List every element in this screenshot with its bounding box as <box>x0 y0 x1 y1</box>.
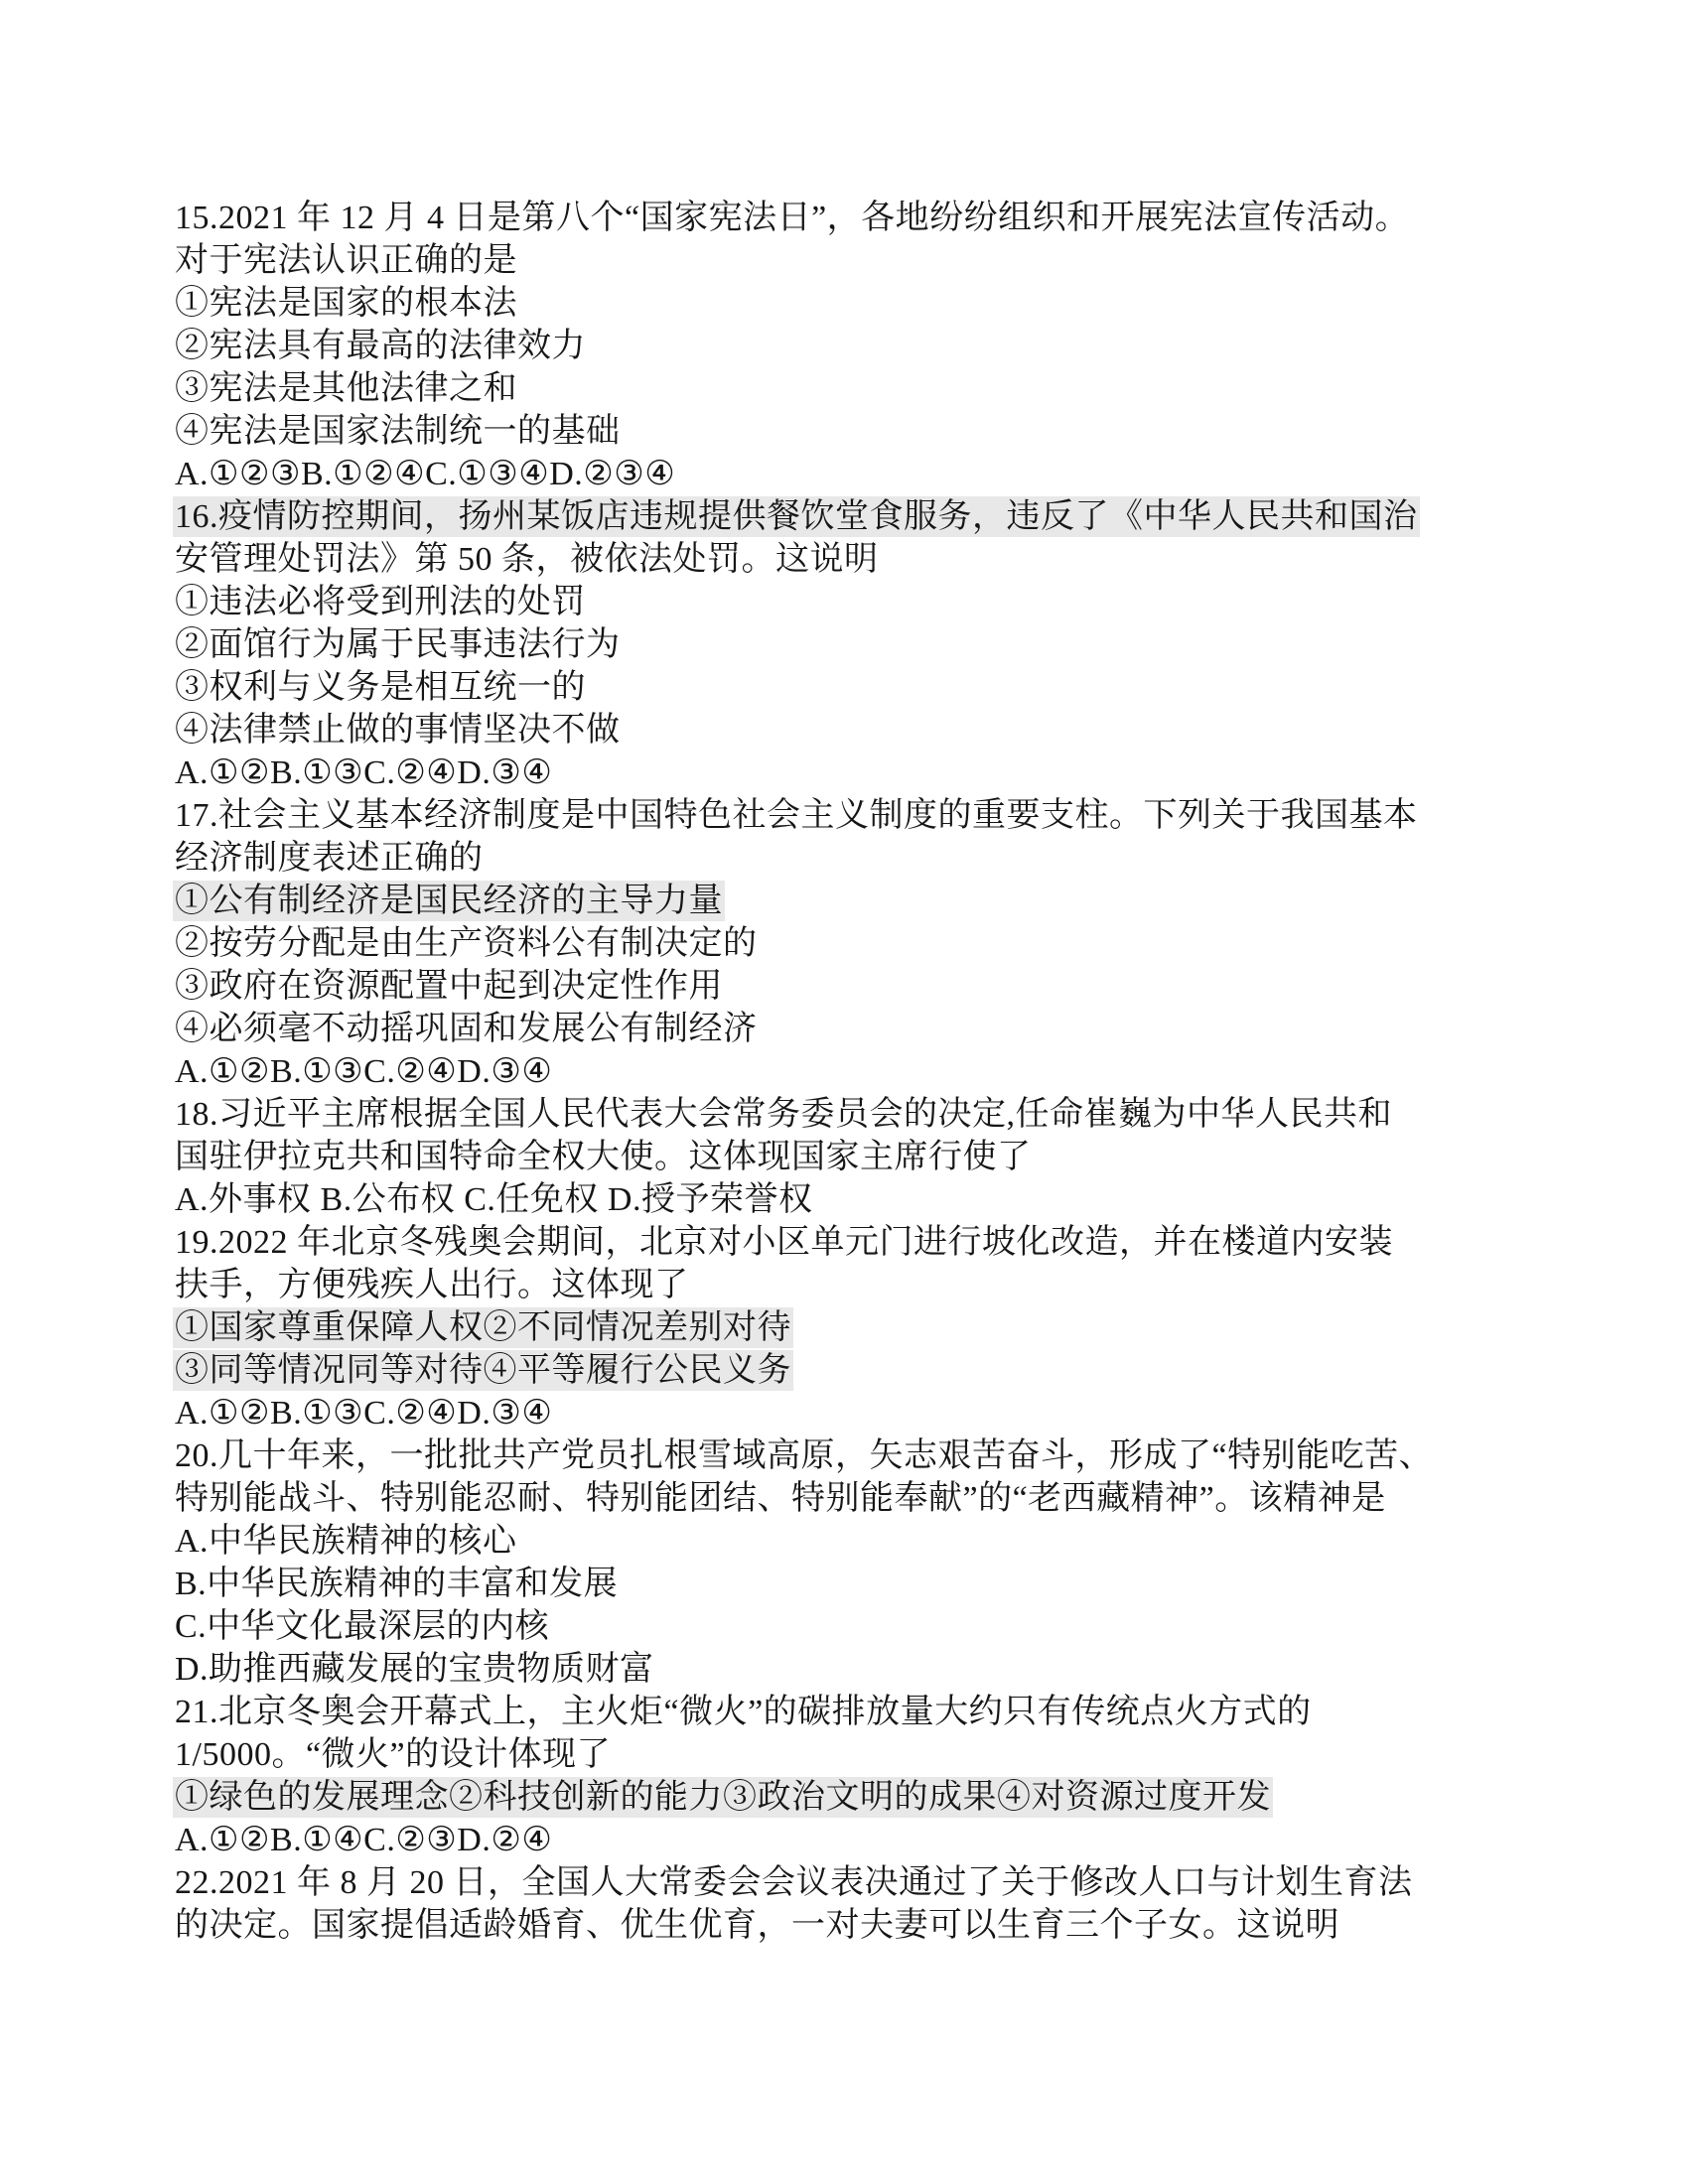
question-line: 17.社会主义基本经济制度是中国特色社会主义制度的重要支柱。下列关于我国基本 <box>175 794 1466 837</box>
line-text: 国驻伊拉克共和国特命全权大使。这体现国家主席行使了 <box>175 1139 1032 1175</box>
question-line: ①绿色的发展理念②科技创新的能力③政治文明的成果④对资源过度开发 <box>175 1776 1466 1819</box>
question-line: ③权利与义务是相互统一的 <box>175 666 1466 709</box>
highlighted-line-text: ③同等情况同等对待④平等履行公民义务 <box>175 1352 791 1389</box>
question-line: ④必须毫不动摇巩固和发展公有制经济 <box>175 1008 1466 1050</box>
line-text: 18.习近平主席根据全国人民代表大会常务委员会的决定,任命崔巍为中华人民共和 <box>175 1096 1392 1133</box>
question-line: 20.几十年来，一批批共产党员扎根雪域高原，矢志艰苦奋斗，形成了“特别能吃苦、 <box>175 1434 1466 1477</box>
question-block-18: 18.习近平主席根据全国人民代表大会常务委员会的决定,任命崔巍为中华人民共和国驻… <box>175 1093 1466 1221</box>
question-line: 国驻伊拉克共和国特命全权大使。这体现国家主席行使了 <box>175 1136 1466 1178</box>
question-line: 21.北京冬奥会开幕式上，主火炬“微火”的碳排放量大约只有传统点火方式的 <box>175 1691 1466 1733</box>
question-line: A.①②B.①④C.②③D.②④ <box>175 1819 1466 1861</box>
question-line: ①国家尊重保障人权②不同情况差别对待 <box>175 1306 1466 1349</box>
line-text: 特别能战斗、特别能忍耐、特别能团结、特别能奉献”的“老西藏精神”。该精神是 <box>175 1480 1386 1517</box>
question-line: A.①②B.①③C.②④D.③④ <box>175 1050 1466 1093</box>
line-text: 1/5000。“微火”的设计体现了 <box>175 1736 611 1773</box>
question-line: 19.2022 年北京冬残奥会期间，北京对小区单元门进行坡化改造，并在楼道内安装 <box>175 1221 1466 1264</box>
question-line: ②面馆行为属于民事违法行为 <box>175 623 1466 666</box>
question-line: ④法律禁止做的事情坚决不做 <box>175 709 1466 751</box>
line-text: 15.2021 年 12 月 4 日是第八个“国家宪法日”，各地纷纷组织和开展宪… <box>175 200 1409 236</box>
line-text: 对于宪法认识正确的是 <box>175 242 517 279</box>
question-block-19: 19.2022 年北京冬残奥会期间，北京对小区单元门进行坡化改造，并在楼道内安装… <box>175 1221 1466 1434</box>
line-text: D.助推西藏发展的宝贵物质财富 <box>175 1651 654 1688</box>
question-block-20: 20.几十年来，一批批共产党员扎根雪域高原，矢志艰苦奋斗，形成了“特别能吃苦、特… <box>175 1434 1466 1691</box>
question-line: 1/5000。“微火”的设计体现了 <box>175 1733 1466 1776</box>
highlighted-line-text: ①公有制经济是国民经济的主导力量 <box>175 883 723 919</box>
line-text: ④宪法是国家法制统一的基础 <box>175 413 621 450</box>
question-line: 对于宪法认识正确的是 <box>175 239 1466 282</box>
question-line: 18.习近平主席根据全国人民代表大会常务委员会的决定,任命崔巍为中华人民共和 <box>175 1093 1466 1136</box>
line-text: ①违法必将受到刑法的处罚 <box>175 584 586 620</box>
line-text: ③权利与义务是相互统一的 <box>175 669 586 706</box>
line-text: ②宪法具有最高的法律效力 <box>175 328 586 364</box>
highlighted-line-text: ①国家尊重保障人权②不同情况差别对待 <box>175 1309 791 1346</box>
line-text: A.①②B.①③C.②④D.③④ <box>175 1053 552 1090</box>
line-text: 21.北京冬奥会开幕式上，主火炬“微火”的碳排放量大约只有传统点火方式的 <box>175 1694 1312 1730</box>
line-text: A.外事权 B.公布权 C.任免权 D.授予荣誉权 <box>175 1181 812 1218</box>
line-text: 20.几十年来，一批批共产党员扎根雪域高原，矢志艰苦奋斗，形成了“特别能吃苦、 <box>175 1437 1433 1474</box>
exam-text-block: 15.2021 年 12 月 4 日是第八个“国家宪法日”，各地纷纷组织和开展宪… <box>175 197 1466 1947</box>
line-text: A.①②B.①③C.②④D.③④ <box>175 1395 552 1432</box>
question-line: ③政府在资源配置中起到决定性作用 <box>175 965 1466 1008</box>
highlighted-line-text: 16.疫情防控期间，扬州某饭店违规提供餐饮堂食服务，违反了《中华人民共和国治 <box>175 498 1418 535</box>
line-text: ③宪法是其他法律之和 <box>175 370 517 407</box>
line-text: 安管理处罚法》第 50 条，被依法处罚。这说明 <box>175 541 879 578</box>
line-text: 17.社会主义基本经济制度是中国特色社会主义制度的重要支柱。下列关于我国基本 <box>175 797 1418 834</box>
question-line: A.①②③B.①②④C.①③④D.②③④ <box>175 453 1466 495</box>
question-block-22: 22.2021 年 8 月 20 日，全国人大常委会会议表决通过了关于修改人口与… <box>175 1861 1466 1947</box>
question-line: B.中华民族精神的丰富和发展 <box>175 1563 1466 1605</box>
exam-page: 15.2021 年 12 月 4 日是第八个“国家宪法日”，各地纷纷组织和开展宪… <box>0 0 1688 2184</box>
question-line: ②按劳分配是由生产资料公有制决定的 <box>175 922 1466 965</box>
question-block-16: 16.疫情防控期间，扬州某饭店违规提供餐饮堂食服务，违反了《中华人民共和国治安管… <box>175 495 1466 794</box>
question-line: A.外事权 B.公布权 C.任免权 D.授予荣誉权 <box>175 1178 1466 1221</box>
line-text: A.①②③B.①②④C.①③④D.②③④ <box>175 456 675 492</box>
question-line: ③同等情况同等对待④平等履行公民义务 <box>175 1349 1466 1392</box>
question-line: 的决定。国家提倡适龄婚育、优生优育，一对夫妻可以生育三个子女。这说明 <box>175 1904 1466 1947</box>
line-text: 19.2022 年北京冬残奥会期间，北京对小区单元门进行坡化改造，并在楼道内安装 <box>175 1224 1393 1261</box>
question-line: D.助推西藏发展的宝贵物质财富 <box>175 1648 1466 1691</box>
question-line: ③宪法是其他法律之和 <box>175 367 1466 410</box>
line-text: ①宪法是国家的根本法 <box>175 285 517 322</box>
line-text: B.中华民族精神的丰富和发展 <box>175 1566 618 1602</box>
question-block-15: 15.2021 年 12 月 4 日是第八个“国家宪法日”，各地纷纷组织和开展宪… <box>175 197 1466 495</box>
line-text: 扶手，方便残疾人出行。这体现了 <box>175 1267 689 1303</box>
question-line: 22.2021 年 8 月 20 日，全国人大常委会会议表决通过了关于修改人口与… <box>175 1861 1466 1904</box>
line-text: ②面馆行为属于民事违法行为 <box>175 626 621 663</box>
question-line: 16.疫情防控期间，扬州某饭店违规提供餐饮堂食服务，违反了《中华人民共和国治 <box>175 495 1466 538</box>
question-line: ①公有制经济是国民经济的主导力量 <box>175 880 1466 922</box>
question-line: ②宪法具有最高的法律效力 <box>175 325 1466 367</box>
question-line: ①违法必将受到刑法的处罚 <box>175 581 1466 623</box>
line-text: 22.2021 年 8 月 20 日，全国人大常委会会议表决通过了关于修改人口与… <box>175 1864 1413 1901</box>
question-line: 特别能战斗、特别能忍耐、特别能团结、特别能奉献”的“老西藏精神”。该精神是 <box>175 1477 1466 1520</box>
line-text: A.①②B.①③C.②④D.③④ <box>175 754 552 791</box>
question-line: C.中华文化最深层的内核 <box>175 1605 1466 1648</box>
question-line: ①宪法是国家的根本法 <box>175 282 1466 325</box>
line-text: 经济制度表述正确的 <box>175 840 484 877</box>
question-line: 扶手，方便残疾人出行。这体现了 <box>175 1264 1466 1306</box>
line-text: ②按劳分配是由生产资料公有制决定的 <box>175 925 758 962</box>
line-text: A.中华民族精神的核心 <box>175 1523 517 1560</box>
line-text: ③政府在资源配置中起到决定性作用 <box>175 968 723 1005</box>
question-block-21: 21.北京冬奥会开幕式上，主火炬“微火”的碳排放量大约只有传统点火方式的1/50… <box>175 1691 1466 1861</box>
line-text: C.中华文化最深层的内核 <box>175 1608 549 1645</box>
question-line: 经济制度表述正确的 <box>175 837 1466 880</box>
question-line: A.中华民族精神的核心 <box>175 1520 1466 1563</box>
question-line: A.①②B.①③C.②④D.③④ <box>175 751 1466 794</box>
question-line: A.①②B.①③C.②④D.③④ <box>175 1392 1466 1434</box>
line-text: 的决定。国家提倡适龄婚育、优生优育，一对夫妻可以生育三个子女。这说明 <box>175 1907 1339 1944</box>
question-line: ④宪法是国家法制统一的基础 <box>175 410 1466 453</box>
question-line: 安管理处罚法》第 50 条，被依法处罚。这说明 <box>175 538 1466 581</box>
question-line: 15.2021 年 12 月 4 日是第八个“国家宪法日”，各地纷纷组织和开展宪… <box>175 197 1466 239</box>
line-text: ④法律禁止做的事情坚决不做 <box>175 712 621 749</box>
highlighted-line-text: ①绿色的发展理念②科技创新的能力③政治文明的成果④对资源过度开发 <box>175 1779 1271 1816</box>
line-text: A.①②B.①④C.②③D.②④ <box>175 1822 552 1858</box>
line-text: ④必须毫不动摇巩固和发展公有制经济 <box>175 1011 758 1047</box>
question-block-17: 17.社会主义基本经济制度是中国特色社会主义制度的重要支柱。下列关于我国基本经济… <box>175 794 1466 1093</box>
